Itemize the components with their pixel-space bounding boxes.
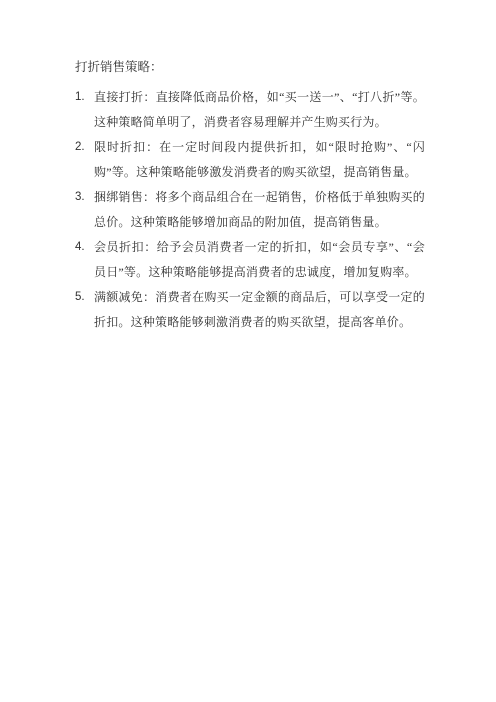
document-page: 打折销售策略： 1. 直接打折：直接降低商品价格，如“买一送一”、“打八折”等。… [0,0,496,702]
list-item-number: 2. [75,135,94,160]
list-item: 1. 直接打折：直接降低商品价格，如“买一送一”、“打八折”等。这种策略简单明了… [75,85,425,135]
list-item-text: 捆绑销售：将多个商品组合在一起销售，价格低于单独购买的总价。这种策略能够增加商品… [94,185,425,235]
list-item-text: 满额减免：消费者在购买一定金额的商品后，可以享受一定的折扣。这种策略能够刺激消费… [94,285,425,335]
list-item-number: 5. [75,285,94,310]
document-title: 打折销售策略： [75,55,425,80]
list-item: 5. 满额减免：消费者在购买一定金额的商品后，可以享受一定的折扣。这种策略能够刺… [75,285,425,335]
list-item: 3. 捆绑销售：将多个商品组合在一起销售，价格低于单独购买的总价。这种策略能够增… [75,185,425,235]
strategy-list: 1. 直接打折：直接降低商品价格，如“买一送一”、“打八折”等。这种策略简单明了… [75,85,425,335]
list-item-number: 1. [75,85,94,110]
list-item: 4. 会员折扣：给予会员消费者一定的折扣，如“会员专享”、“会员日”等。这种策略… [75,235,425,285]
list-item-text: 直接打折：直接降低商品价格，如“买一送一”、“打八折”等。这种策略简单明了，消费… [94,85,425,135]
list-item-number: 3. [75,185,94,210]
list-item: 2. 限时折扣：在一定时间段内提供折扣，如“限时抢购”、“闪购”等。这种策略能够… [75,135,425,185]
list-item-number: 4. [75,235,94,260]
list-item-text: 限时折扣：在一定时间段内提供折扣，如“限时抢购”、“闪购”等。这种策略能够激发消… [94,135,425,185]
list-item-text: 会员折扣：给予会员消费者一定的折扣，如“会员专享”、“会员日”等。这种策略能够提… [94,235,425,285]
